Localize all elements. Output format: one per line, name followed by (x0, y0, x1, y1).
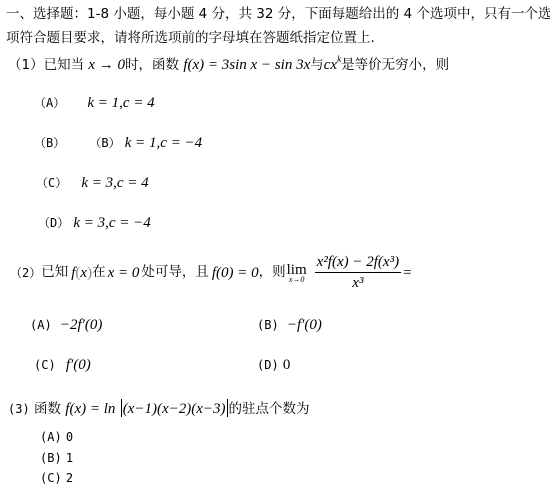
q3-option-c[interactable]: (C) 2 (40, 472, 73, 485)
question-2-stem: （2） 已知 f (x) 在 x = 0 处可导，且 f(0) = 0 ，则 l… (10, 255, 412, 291)
option-text: −f′(0) (287, 317, 322, 333)
math-function: f(x) = ln (65, 401, 115, 417)
math-expression: cxk (324, 57, 341, 73)
abs-content: (x−1)(x−2)(x−3) (123, 401, 226, 417)
stem-text: 的驻点个数为 (229, 401, 310, 417)
question-number: (3) (8, 402, 30, 416)
question-1-stem: （1）已知当 x → 0时，函数 f(x) = 3sin x − sin 3x与… (8, 58, 449, 73)
option-label: （C） (36, 176, 67, 190)
limit-operator: lim x→0 (287, 263, 307, 284)
math-x: x (80, 266, 87, 281)
fraction: x²f(x) − 2f(x³) x³ (315, 255, 401, 291)
option-label: (A) (40, 430, 62, 444)
option-label: (B) (40, 451, 62, 465)
abs-bar-right (227, 399, 228, 417)
stem-text: ，则 (259, 266, 286, 280)
option-label: (B) (257, 318, 279, 332)
equals-sign: = (403, 266, 411, 281)
option-label: （D） (38, 216, 69, 230)
abs-bar-left (121, 399, 122, 417)
option-label: (A) (30, 318, 52, 332)
q1-option-d[interactable]: （D） k = 3,c = −4 (38, 216, 151, 231)
option-text: 1 (66, 451, 73, 465)
q2-option-a[interactable]: (A) −2f′(0) (30, 318, 102, 333)
math-condition: x = 0 (108, 266, 140, 281)
stem-text: 是等价无穷小，则 (341, 57, 449, 73)
q3-option-a[interactable]: (A) 0 (40, 431, 73, 444)
option-text: f′(0) (66, 357, 91, 373)
option-label: （A） (34, 96, 65, 110)
option-label: (C) (34, 358, 56, 372)
numerator: x²f(x) − 2f(x³) (315, 255, 401, 273)
option-text: k = 1,c = 4 (87, 95, 154, 111)
q2-option-d[interactable]: (D) 0 (257, 358, 290, 373)
option-text: k = 3,c = −4 (73, 215, 150, 231)
option-text: 0 (283, 357, 291, 373)
math-function: f(x) = 3sin x − sin 3x (183, 57, 310, 73)
option-text: 0 (66, 430, 73, 444)
stem-text: 函数 (34, 401, 61, 417)
stem-text: 已知当 (44, 57, 85, 73)
question-3-stem: (3) 函数 f(x) = ln (x−1)(x−2)(x−3)的驻点个数为 (8, 399, 310, 417)
section-header-line-1: 一、选择题：1-8 小题，每小题 4 分，共 32 分，下面每题给出的 4 个选… (6, 8, 550, 22)
stem-text: 在 (92, 266, 106, 280)
q2-option-c[interactable]: (C) f′(0) (34, 358, 91, 373)
option-label: （B） (34, 136, 65, 150)
math-f-zero: f(0) = 0 (212, 266, 259, 281)
question-number: （1） (8, 57, 44, 73)
q1-option-b[interactable]: （B） （B） k = 1,c = −4 (34, 136, 202, 151)
section-header-line-2: 项符合题目要求，请将所选项前的字母填在答题纸指定位置上. (6, 32, 375, 46)
option-text: −2f′(0) (60, 317, 103, 333)
option-prefix: （B） (89, 136, 120, 150)
option-text: 2 (66, 471, 73, 485)
stem-text: 时，函数 (125, 57, 179, 73)
stem-text: 与 (310, 57, 324, 73)
option-text: k = 1,c = −4 (125, 135, 202, 151)
q1-option-a[interactable]: （A） k = 1,c = 4 (34, 96, 155, 111)
question-number: （2） (10, 267, 41, 279)
stem-text: 已知 (41, 266, 68, 280)
option-text: k = 3,c = 4 (81, 175, 148, 191)
q3-option-b[interactable]: (B) 1 (40, 452, 73, 465)
math-condition: x → 0 (88, 57, 125, 73)
lim-subscript: x→0 (287, 276, 307, 284)
option-label: (D) (257, 358, 279, 372)
q2-option-b[interactable]: (B) −f′(0) (257, 318, 322, 333)
denominator: x³ (315, 273, 401, 291)
expr-base: cx (324, 57, 337, 73)
stem-text: 处可导，且 (141, 266, 209, 280)
option-label: (C) (40, 471, 62, 485)
q1-option-c[interactable]: （C） k = 3,c = 4 (36, 176, 149, 191)
